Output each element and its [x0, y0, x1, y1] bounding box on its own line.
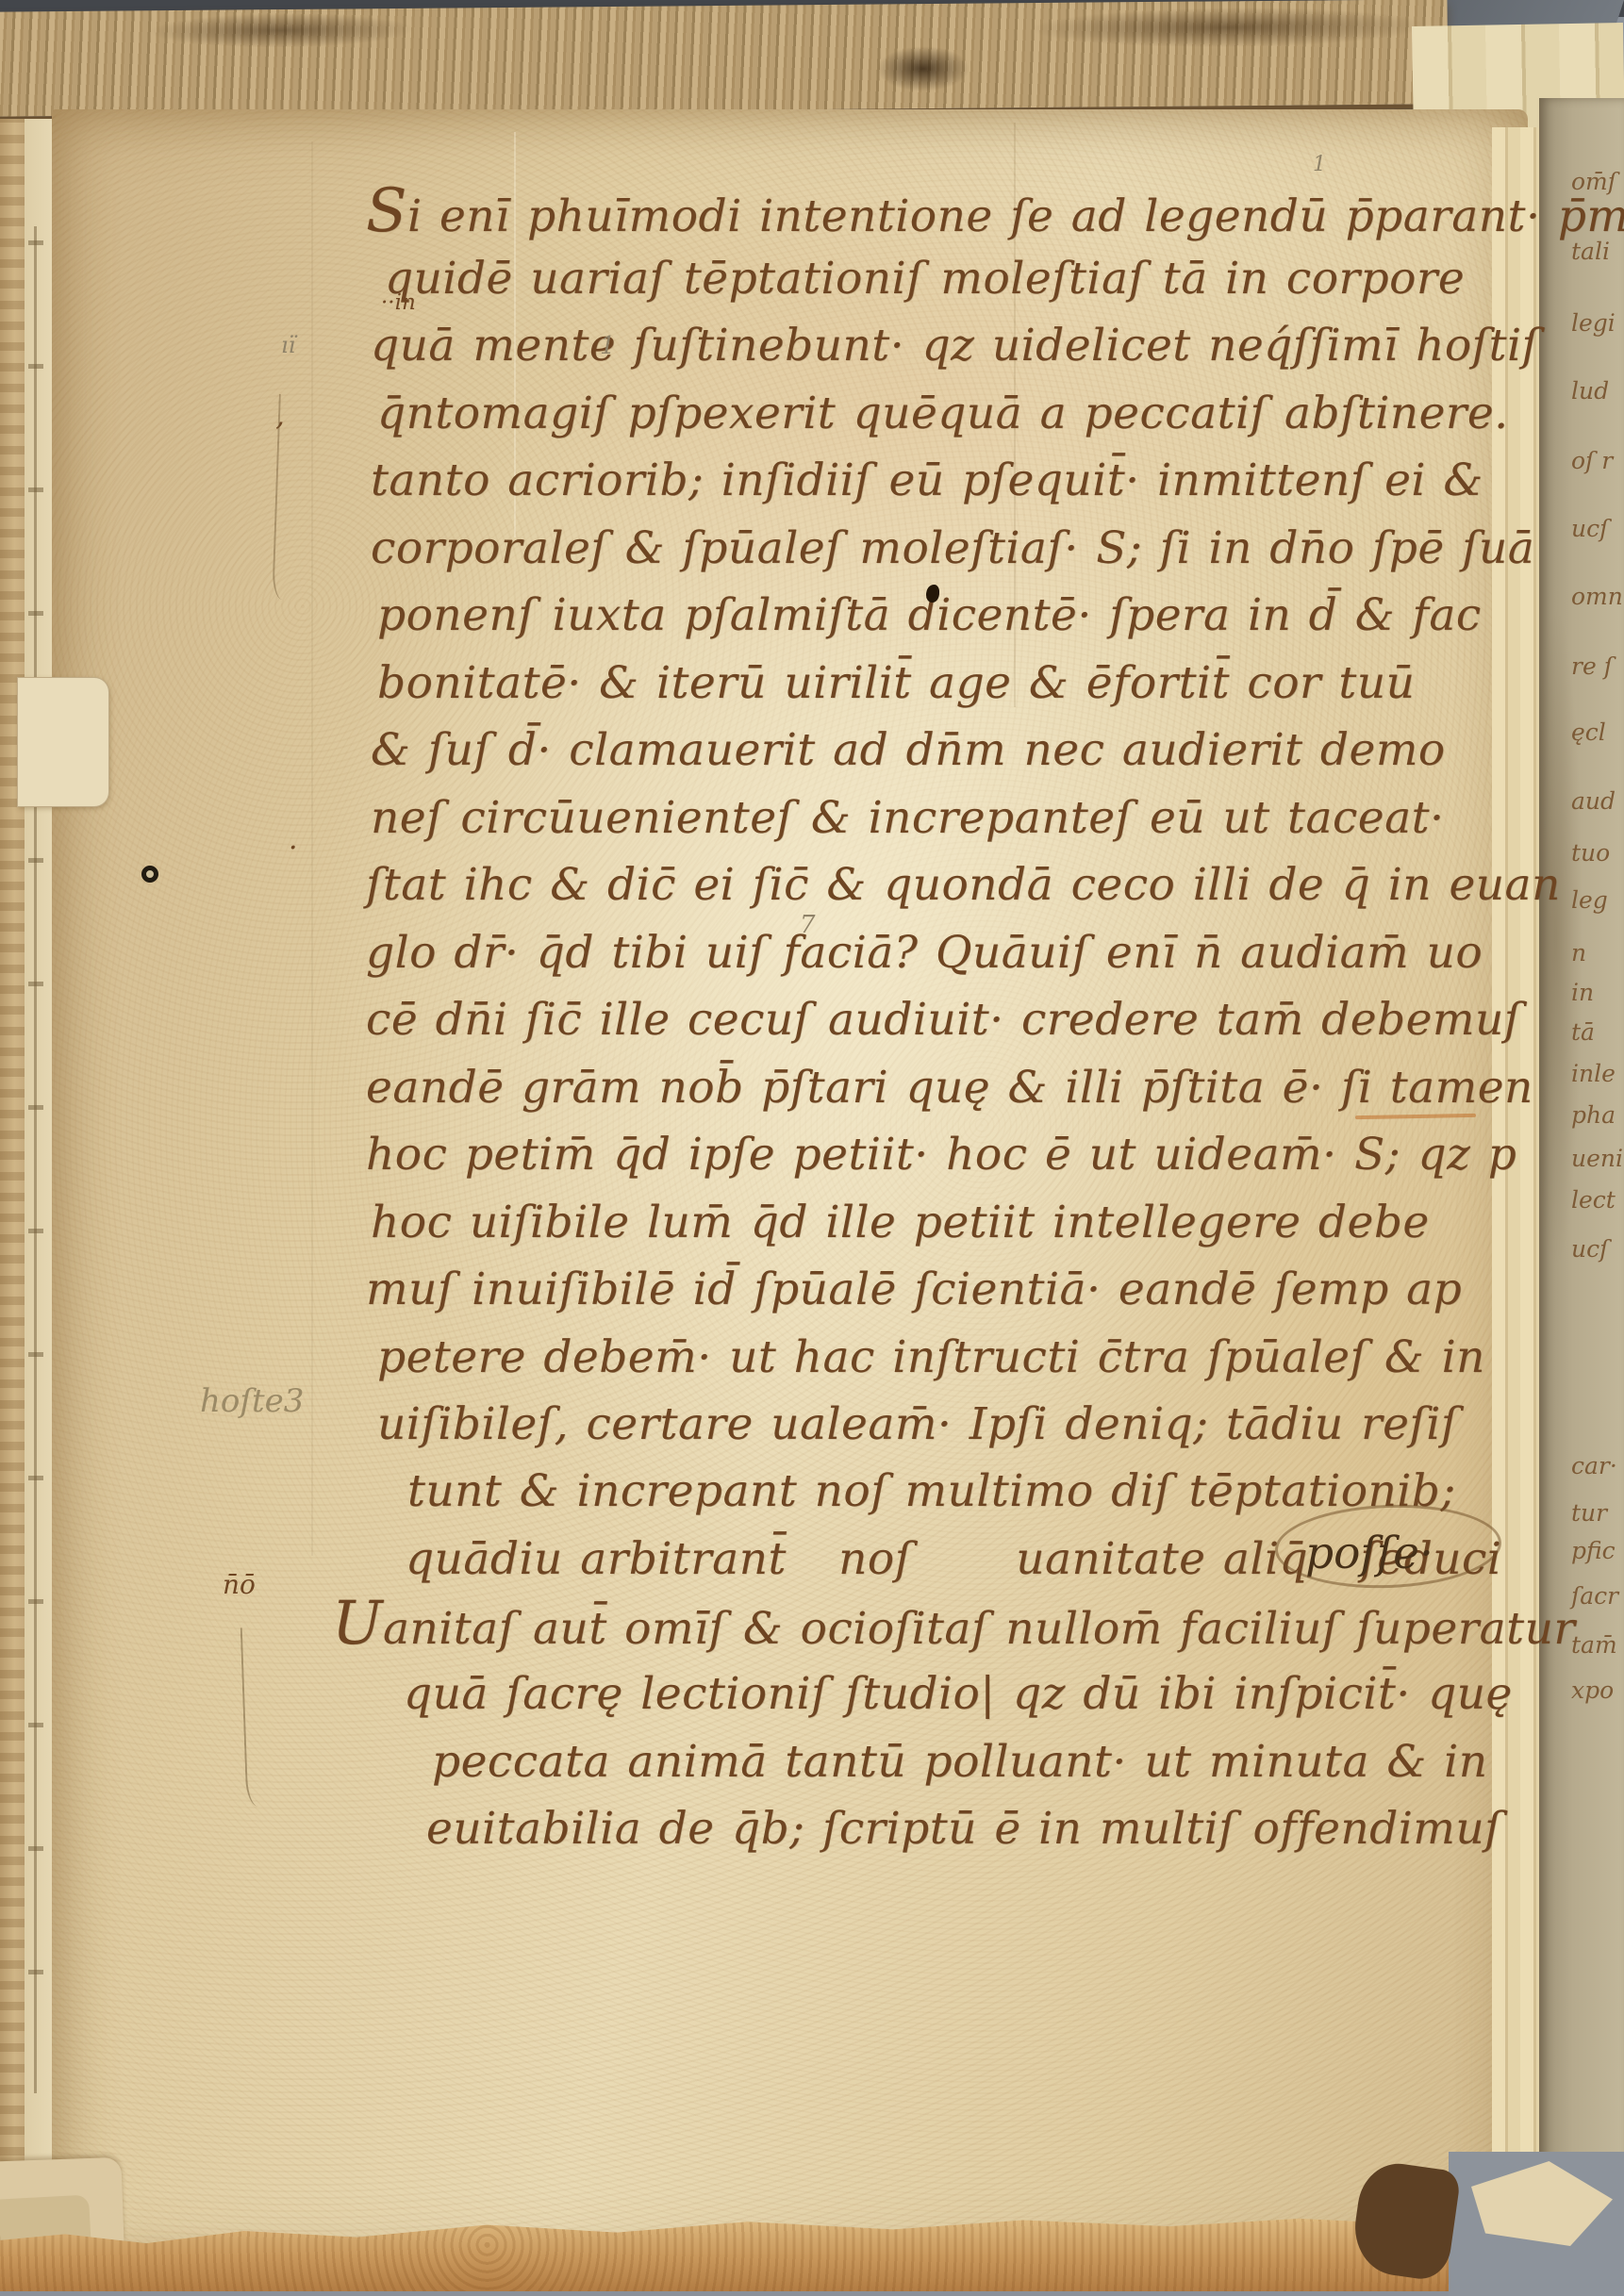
worm-hole: [141, 866, 158, 883]
manuscript-photo: om̄ſtalilegiludoſ rucſomnre ſęclaudtuole…: [0, 0, 1624, 2296]
margin-note-9: n̄ō: [223, 1569, 256, 1600]
marginalia-layer: ıï··in11‚·7hoſte3n̄ōpoſſe·: [0, 0, 1624, 2296]
margin-note-8: hoſte3: [200, 1382, 304, 1420]
margin-note-4: 1: [1313, 153, 1326, 176]
margin-note-1: ıï: [281, 332, 295, 358]
margin-note-7: 7: [800, 911, 816, 939]
margin-note-6: ·: [289, 832, 298, 865]
margin-note-3: 1: [600, 332, 616, 360]
margin-note-2: ··in: [381, 290, 416, 315]
